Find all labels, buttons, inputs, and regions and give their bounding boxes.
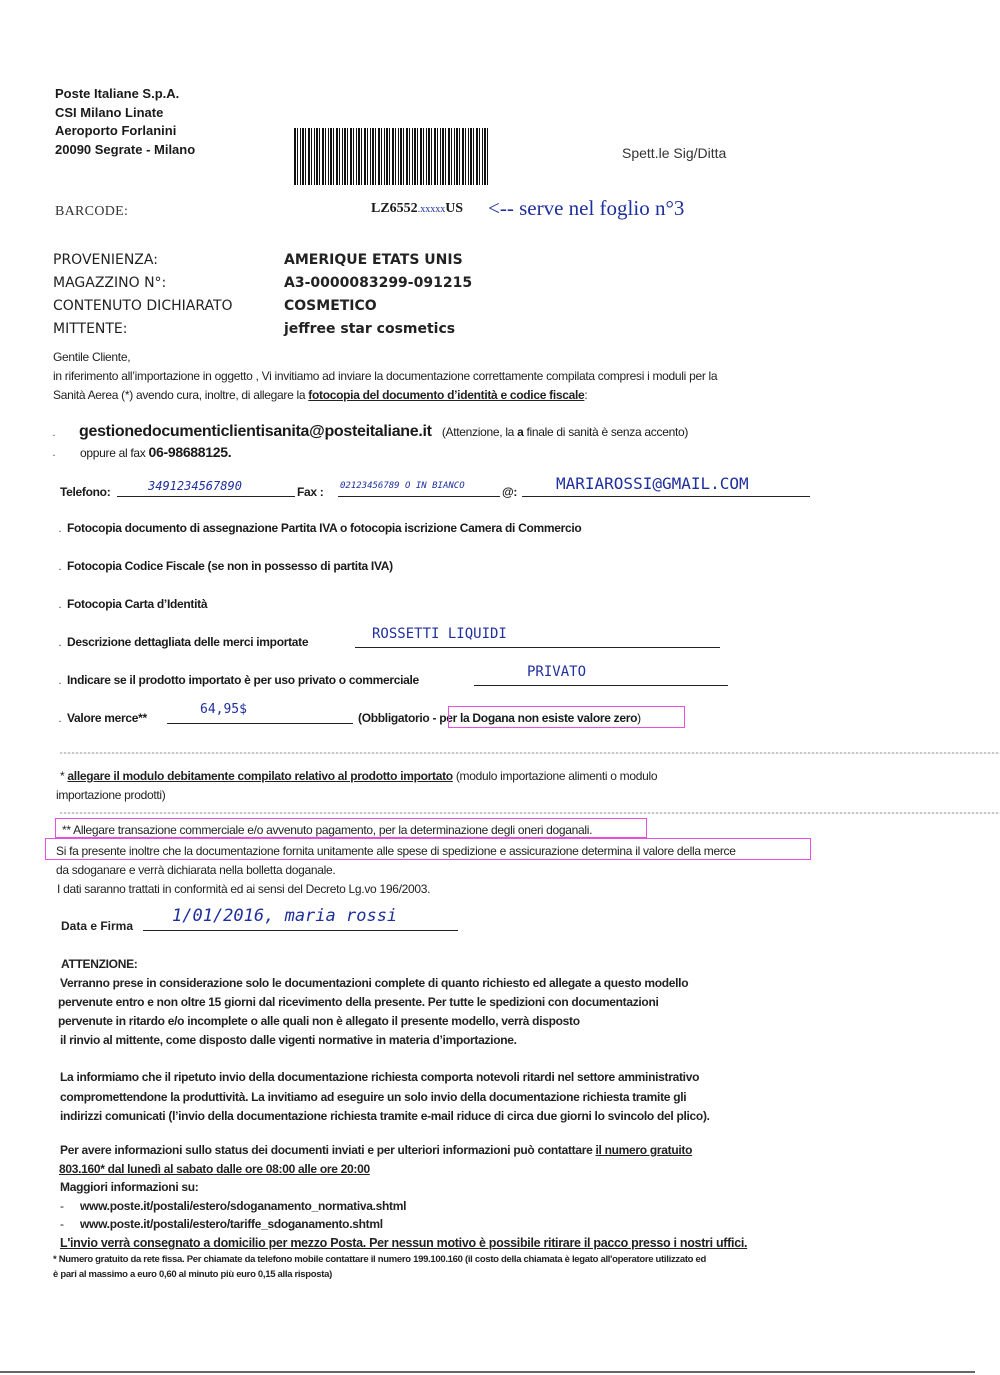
fax-number: 06-98688125. bbox=[149, 444, 232, 460]
star-note-line: * allegare il modulo debitamente compila… bbox=[60, 767, 657, 786]
field-value-magazzino: A3-0000083299-091215 bbox=[284, 272, 472, 295]
attention-section: ATTENZIONE: Verranno prese in consideraz… bbox=[61, 955, 688, 1050]
footnote-line: è pari al massimo a euro 0,60 al minuto … bbox=[53, 1267, 706, 1282]
info-line: Per avere informazioni sullo status dei … bbox=[60, 1141, 747, 1160]
privacy-notice: I dati saranno trattati in conformità ed… bbox=[57, 880, 736, 899]
star-note: * allegare il modulo debitamente compila… bbox=[60, 767, 657, 805]
bullet-icon: · bbox=[58, 524, 62, 539]
field-label-magazzino: MAGAZZINO N°: bbox=[53, 272, 233, 295]
bullet-icon: · bbox=[58, 676, 62, 691]
divider bbox=[60, 752, 1000, 754]
field-value-provenienza: AMERIQUE ETATS UNIS bbox=[284, 249, 472, 272]
field-label-provenienza: PROVENIENZA: bbox=[53, 249, 233, 272]
fax-field-label: Fax : bbox=[297, 485, 324, 499]
footnote-line: * Numero gratuito da rete fissa. Per chi… bbox=[53, 1252, 706, 1267]
checklist-item: Fotocopia Carta d’Identità bbox=[67, 597, 207, 611]
info-hours: 803.160* dal lunedì al sabato dalle ore … bbox=[59, 1160, 747, 1179]
attention-line: pervenute entro e non oltre 15 giorni da… bbox=[58, 993, 688, 1012]
bullet-icon: · bbox=[58, 638, 62, 653]
intro-paragraph: Gentile Cliente, in riferimento all’impo… bbox=[53, 348, 717, 405]
contact-email-row: gestionedocumenticlientisanita@posteital… bbox=[79, 423, 688, 441]
field-label-contenuto: CONTENUTO DICHIARATO bbox=[53, 295, 233, 318]
sender-line: Poste Italiane S.p.A. bbox=[55, 85, 195, 104]
info-link[interactable]: www.poste.it/postali/estero/tariffe_sdog… bbox=[80, 1217, 383, 1231]
bullet-icon: · bbox=[52, 448, 56, 463]
attention-line: Verranno prese in considerazione solo le… bbox=[60, 974, 688, 993]
more-info-label: Maggiori informazioni su: bbox=[60, 1178, 747, 1197]
phone-label: Telefono: bbox=[60, 485, 110, 499]
dash-icon: - bbox=[60, 1197, 80, 1216]
info-link[interactable]: www.poste.it/postali/estero/sdoganamento… bbox=[80, 1199, 406, 1213]
toll-free-number: il numero gratuito bbox=[596, 1143, 693, 1157]
value-underline bbox=[167, 723, 353, 724]
attention-line: compromettendone la produttività. La inv… bbox=[60, 1088, 710, 1108]
checklist-item: Fotocopia documento di assegnazione Part… bbox=[67, 521, 581, 535]
fax-label: oppure al fax bbox=[80, 446, 149, 460]
email-note: (Attenzione, la a finale di sanità è sen… bbox=[442, 425, 688, 439]
value-notice-line: da sdoganare e verrà dichiarata nella bo… bbox=[56, 861, 736, 880]
barcode-label: BARCODE: bbox=[55, 204, 128, 220]
info-text: Per avere informazioni sullo status dei … bbox=[60, 1143, 596, 1157]
attention-line: il rinvio al mittente, come disposto dal… bbox=[60, 1031, 688, 1050]
bullet-icon: · bbox=[58, 714, 62, 729]
star-note-bold: allegare il modulo debitamente compilato… bbox=[67, 769, 452, 783]
description-label: Descrizione dettagliata delle merci impo… bbox=[67, 635, 308, 649]
delivery-notice: L'invio verrà consegnato a domicilio per… bbox=[60, 1234, 747, 1253]
signature-field[interactable]: 1/01/2016, maria rossi bbox=[172, 906, 397, 926]
barcode-number: LZ6552.xxxxxUS bbox=[371, 201, 463, 217]
description-underline bbox=[355, 647, 720, 648]
phone-underline bbox=[117, 496, 295, 497]
attention-line: La informiamo che il ripetuto invio dell… bbox=[60, 1068, 710, 1088]
attention-paragraph-2: La informiamo che il ripetuto invio dell… bbox=[60, 1068, 710, 1127]
email-note-text: (Attenzione, la bbox=[442, 425, 517, 439]
intro-text: : bbox=[584, 388, 587, 402]
intro-text: Sanità Aerea (*) avendo cura, inoltre, d… bbox=[53, 388, 308, 402]
checklist-item: Fotocopia Codice Fiscale (se non in poss… bbox=[67, 559, 393, 573]
fax-underline bbox=[338, 496, 500, 497]
field-value-mittente: jeffree star cosmetics bbox=[284, 318, 472, 341]
email-field-label: @: bbox=[502, 485, 517, 499]
intro-greeting: Gentile Cliente, bbox=[53, 348, 717, 367]
bullet-icon: · bbox=[52, 428, 56, 443]
sender-line: 20090 Segrate - Milano bbox=[55, 141, 195, 160]
value-note-text: (Obbligatorio - bbox=[358, 711, 439, 725]
info-link-row: -www.poste.it/postali/estero/sdoganament… bbox=[60, 1197, 747, 1216]
barcode-annotation: <-- serve nel foglio n°3 bbox=[488, 196, 684, 221]
sender-address: Poste Italiane S.p.A. CSI Milano Linate … bbox=[55, 85, 195, 159]
sender-line: Aeroporto Forlanini bbox=[55, 122, 195, 141]
signature-underline bbox=[143, 930, 458, 931]
barcode-suffix: US bbox=[445, 201, 463, 216]
attention-line: pervenute in ritardo e/o incomplete o al… bbox=[58, 1012, 688, 1031]
recipient-salutation: Spett.le Sig/Ditta bbox=[622, 145, 726, 161]
highlight-box bbox=[55, 818, 647, 838]
usage-underline bbox=[474, 685, 728, 686]
sender-line: CSI Milano Linate bbox=[55, 104, 195, 123]
bullet-icon: · bbox=[58, 562, 62, 577]
info-link-row: -www.poste.it/postali/estero/tariffe_sdo… bbox=[60, 1215, 747, 1234]
field-value-contenuto: COSMETICO bbox=[284, 295, 472, 318]
page-edge bbox=[0, 1371, 975, 1373]
signature-label: Data e Firma bbox=[61, 919, 133, 933]
attention-line: indirizzi comunicati (l’invio della docu… bbox=[60, 1107, 710, 1127]
contact-fax-row: oppure al fax 06-98688125. bbox=[80, 444, 231, 462]
bullet-icon: · bbox=[58, 600, 62, 615]
shipment-values: AMERIQUE ETATS UNIS A3-0000083299-091215… bbox=[284, 249, 472, 341]
intro-line: Sanità Aerea (*) avendo cura, inoltre, d… bbox=[53, 386, 717, 405]
value-label: Valore merce** bbox=[67, 711, 147, 725]
footnote: * Numero gratuito da rete fissa. Per chi… bbox=[53, 1252, 706, 1282]
phone-field[interactable]: 3491234567890 bbox=[148, 479, 242, 493]
value-field[interactable]: 64,95$ bbox=[200, 702, 247, 717]
barcode-image bbox=[294, 128, 490, 185]
email-note-text: finale di sanità è senza accento) bbox=[523, 425, 688, 439]
fax-field[interactable]: 02123456789 O IN BIANCO bbox=[340, 481, 465, 491]
field-label-mittente: MITTENTE: bbox=[53, 318, 233, 341]
barcode-masked: .xxxxx bbox=[418, 204, 446, 215]
dash-icon: - bbox=[60, 1215, 80, 1234]
email-underline bbox=[522, 496, 810, 497]
star-note-line: importazione prodotti) bbox=[56, 786, 657, 805]
attention-title: ATTENZIONE: bbox=[61, 955, 688, 974]
email-field[interactable]: MARIAROSSI@GMAIL.COM bbox=[556, 474, 749, 493]
barcode-prefix: LZ6552 bbox=[371, 201, 418, 216]
intro-line: in riferimento all’importazione in ogget… bbox=[53, 367, 717, 386]
info-section: Per avere informazioni sullo status dei … bbox=[60, 1141, 747, 1252]
contact-email[interactable]: gestionedocumenticlientisanita@posteital… bbox=[79, 423, 432, 440]
highlight-box bbox=[45, 838, 811, 860]
usage-field[interactable]: PRIVATO bbox=[527, 664, 586, 680]
divider bbox=[60, 812, 1000, 814]
star-note-text: (modulo importazione alimenti o modulo bbox=[453, 769, 657, 783]
highlight-box bbox=[448, 706, 685, 728]
description-field[interactable]: ROSSETTI LIQUIDI bbox=[372, 626, 507, 642]
shipment-labels: PROVENIENZA: MAGAZZINO N°: CONTENUTO DIC… bbox=[53, 249, 233, 341]
usage-label: Indicare se il prodotto importato è per … bbox=[67, 673, 419, 687]
intro-highlight: fotocopia del documento d’identità e cod… bbox=[308, 388, 584, 402]
